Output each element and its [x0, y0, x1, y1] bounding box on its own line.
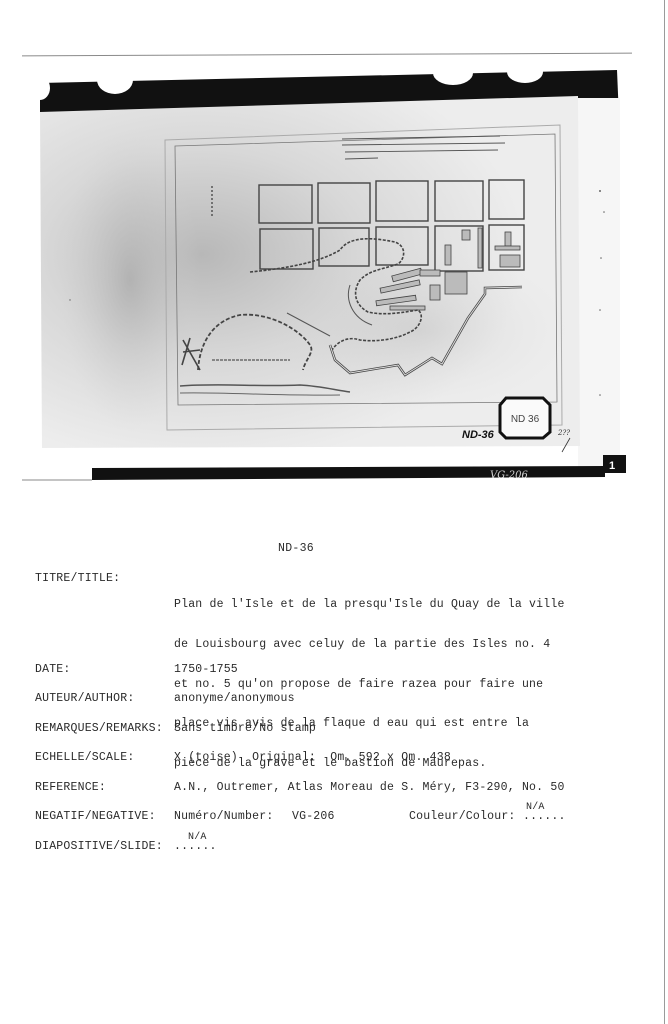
stamp-label: ND 36 — [511, 414, 540, 425]
title-line: Plan de l'Isle et de la presqu'Isle du Q… — [174, 598, 565, 611]
field-label: DATE: — [35, 663, 71, 676]
field-slide: DIAPOSITIVE/SLIDE: N/A ...... — [35, 840, 49, 893]
negative-number-label: Numéro/Number: — [174, 810, 273, 823]
title-line: de Louisbourg avec celuy de la partie de… — [174, 638, 565, 651]
field-label: REFERENCE: — [35, 781, 106, 794]
field-value: A.N., Outremer, Atlas Moreau de S. Méry,… — [174, 781, 565, 794]
field-label: TITRE/TITLE: — [35, 572, 120, 585]
title-line: et no. 5 qu'on propose de faire razea po… — [174, 678, 565, 691]
field-title: TITRE/TITLE: Plan de l'Isle et de la pre… — [35, 572, 49, 612]
field-label: DIAPOSITIVE/SLIDE: — [35, 840, 163, 853]
record-id: ND-36 — [278, 542, 314, 555]
field-value: 1750-1755 — [174, 663, 238, 676]
handwritten-id: ND-36 — [462, 429, 495, 441]
field-label: NEGATIF/NEGATIVE: — [35, 810, 156, 823]
colour-label: Couleur/Colour: — [409, 810, 516, 823]
field-value: Sans timbre/No stamp — [174, 722, 316, 735]
colour-dots: ...... — [523, 810, 566, 823]
svg-text:VG-206: VG-206 — [490, 470, 528, 481]
field-label: REMARQUES/REMARKS: — [35, 722, 163, 735]
field-label: ECHELLE/SCALE: — [35, 751, 134, 764]
field-label: AUTEUR/AUTHOR: — [35, 692, 134, 705]
svg-text:1: 1 — [609, 460, 615, 472]
negative-number-value: VG-206 — [292, 810, 335, 823]
map-photograph: ND 36 ND-36 2?? 1 VG-206 — [0, 0, 668, 500]
field-value: anonyme/anonymous — [174, 692, 295, 705]
field-value: X (toise) Original: Om. 592 x Om. 438 — [174, 751, 451, 764]
svg-text:2??: 2?? — [557, 429, 570, 437]
slide-dots: ...... — [174, 840, 217, 853]
